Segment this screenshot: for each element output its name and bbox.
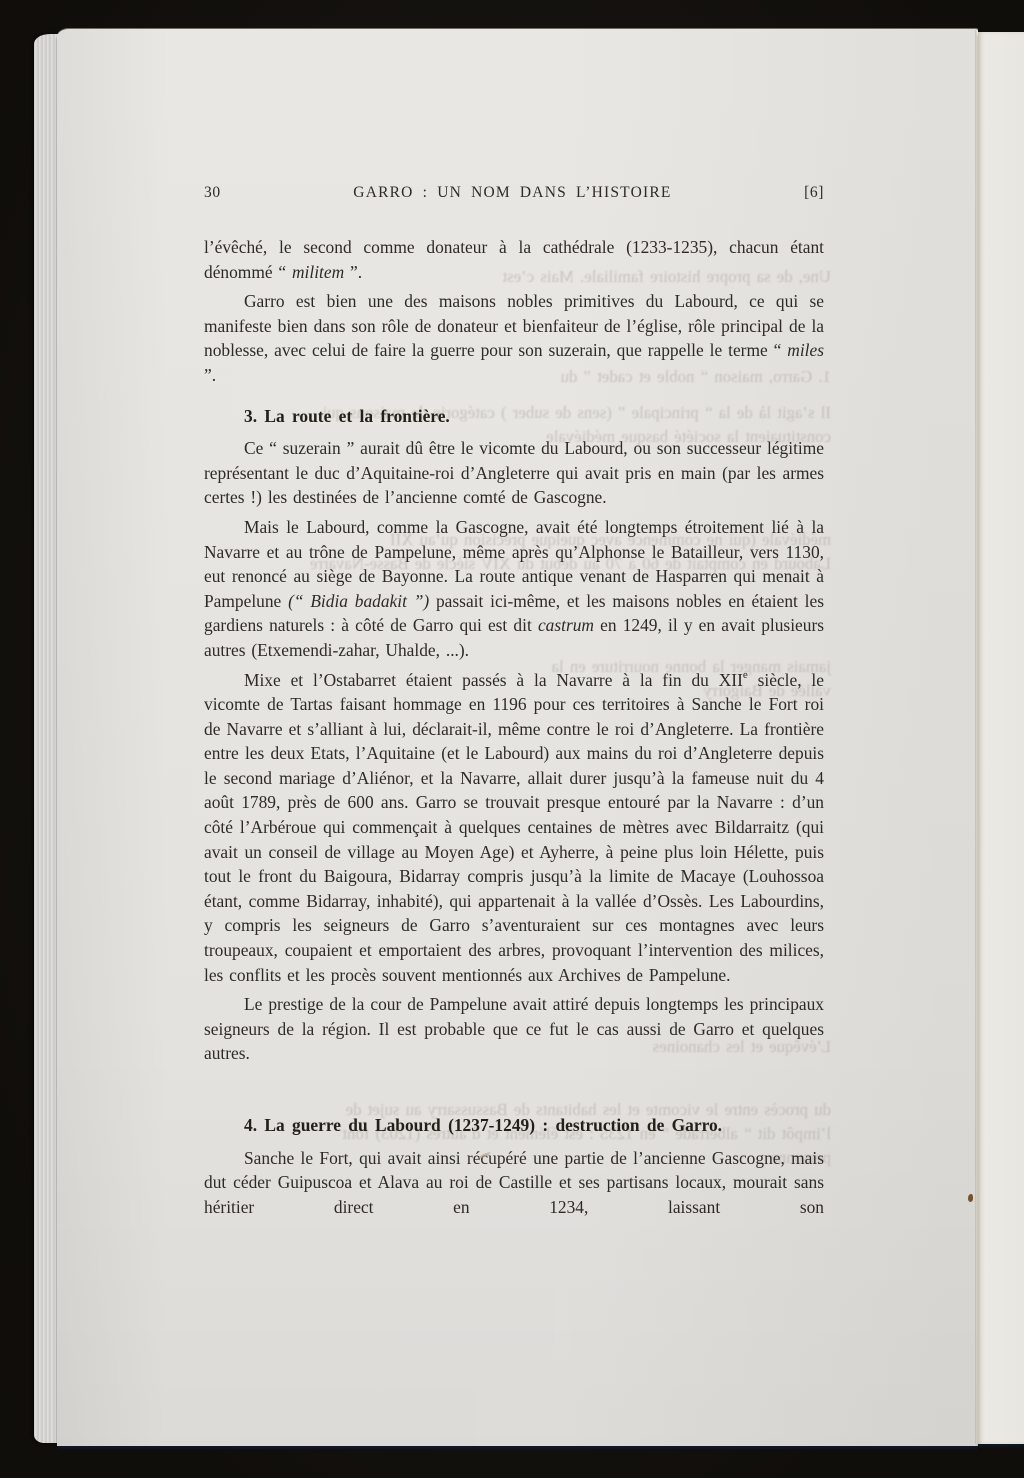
section-heading: 4. La guerre du Labourd (1237-1249) : de… <box>204 1113 824 1138</box>
book-page: Une, de sa propre histoire familiale. Ma… <box>57 29 978 1446</box>
running-title: GARRO : UN NOM DANS L’HISTOIRE <box>353 184 671 202</box>
paragraph: Le prestige de la cour de Pampelune avai… <box>204 992 824 1066</box>
page-stack-edges <box>34 34 58 1443</box>
paragraph: Mixe et l’Ostabarret étaient passés à la… <box>204 668 824 988</box>
folio-mark: [6] <box>804 184 824 202</box>
paragraph: Mais le Labourd, comme la Gascogne, avai… <box>204 515 824 663</box>
section-heading: 3. La route et la frontière. <box>204 404 824 429</box>
body-text: l’évêché, le second comme donateur à la … <box>204 235 824 1219</box>
page-number: 30 <box>204 184 221 202</box>
next-page-edge <box>978 32 1024 1444</box>
paragraph: Ce “ suzerain ” aurait dû être le vicomt… <box>204 436 824 510</box>
paper-speck <box>968 1194 973 1202</box>
paragraph: Sanche le Fort, qui avait ainsi récupéré… <box>204 1146 824 1220</box>
page-header: 30 GARRO : UN NOM DANS L’HISTOIRE [6] <box>204 184 824 202</box>
scanner-background: Une, de sa propre histoire familiale. Ma… <box>0 0 1024 1478</box>
paragraph: l’évêché, le second comme donateur à la … <box>204 235 824 284</box>
paragraph: Garro est bien une des maisons nobles pr… <box>204 289 824 387</box>
